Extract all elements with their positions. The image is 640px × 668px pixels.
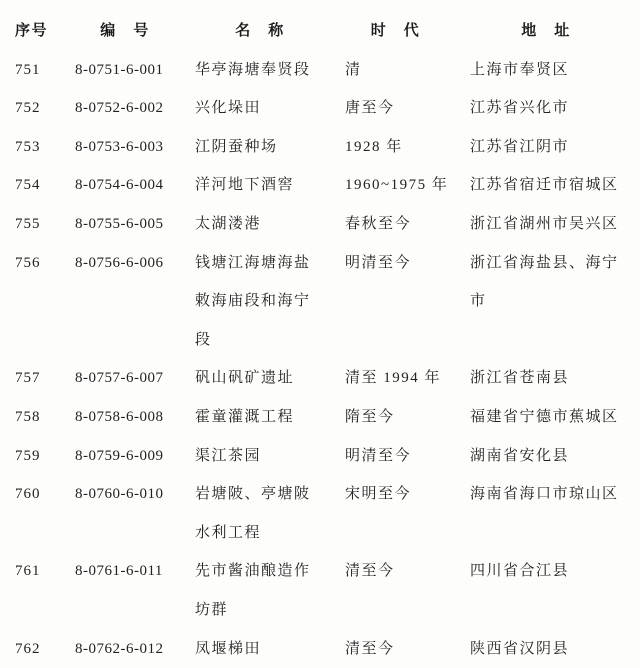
- cell-serial-number: 755: [15, 205, 75, 244]
- table-row: 7528-0752-6-002兴化垛田唐至今江苏省兴化市: [15, 89, 628, 128]
- cell-serial-number: 760: [15, 475, 75, 514]
- table-row: 7568-0756-6-006钱塘江海塘海盐 敕海庙段和海宁 段明清至今浙江省海…: [15, 244, 628, 360]
- cell-name: 钱塘江海塘海盐 敕海庙段和海宁 段: [195, 244, 345, 360]
- cell-address: 上海市奉贤区: [470, 51, 628, 90]
- cell-address: 湖南省安化县: [470, 437, 628, 476]
- cell-code: 8-0759-6-009: [75, 437, 195, 476]
- cell-era: 1928 年: [345, 128, 470, 167]
- header-code: 编 号: [75, 12, 195, 51]
- cell-address: 浙江省苍南县: [470, 359, 628, 398]
- cell-serial-number: 762: [15, 630, 75, 668]
- cell-serial-number: 759: [15, 437, 75, 476]
- table-row: 7558-0755-6-005太湖溇港春秋至今浙江省湖州市吴兴区: [15, 205, 628, 244]
- cell-era: 唐至今: [345, 89, 470, 128]
- cell-era: 明清至今: [345, 437, 470, 476]
- cell-code: 8-0760-6-010: [75, 475, 195, 514]
- table-row: 7608-0760-6-010岩塘陂、亭塘陂 水利工程宋明至今海南省海口市琼山区: [15, 475, 628, 552]
- table-row: 7588-0758-6-008霍童灌溉工程隋至今福建省宁德市蕉城区: [15, 398, 628, 437]
- cell-address: 浙江省海盐县、海宁市: [470, 244, 628, 321]
- table-row: 7548-0754-6-004洋河地下酒窖1960~1975 年江苏省宿迁市宿城…: [15, 166, 628, 205]
- cell-era: 春秋至今: [345, 205, 470, 244]
- cell-name: 江阴蚕种场: [195, 128, 345, 167]
- header-address: 地 址: [470, 12, 628, 51]
- cell-serial-number: 757: [15, 359, 75, 398]
- cell-serial-number: 756: [15, 244, 75, 283]
- cell-code: 8-0756-6-006: [75, 244, 195, 283]
- header-era: 时 代: [345, 12, 470, 51]
- cell-serial-number: 758: [15, 398, 75, 437]
- cell-code: 8-0757-6-007: [75, 359, 195, 398]
- cell-name: 洋河地下酒窖: [195, 166, 345, 205]
- table-row: 7518-0751-6-001华亭海塘奉贤段清上海市奉贤区: [15, 51, 628, 90]
- cell-address: 江苏省江阴市: [470, 128, 628, 167]
- table-row: 7538-0753-6-003江阴蚕种场1928 年江苏省江阴市: [15, 128, 628, 167]
- cell-serial-number: 753: [15, 128, 75, 167]
- cell-address: 浙江省湖州市吴兴区: [470, 205, 628, 244]
- header-serial-number: 序号: [15, 12, 75, 51]
- cell-serial-number: 752: [15, 89, 75, 128]
- cell-serial-number: 761: [15, 552, 75, 591]
- cell-name: 兴化垛田: [195, 89, 345, 128]
- cell-name: 太湖溇港: [195, 205, 345, 244]
- header-name: 名 称: [195, 12, 345, 51]
- cell-era: 清至今: [345, 630, 470, 668]
- cell-code: 8-0753-6-003: [75, 128, 195, 167]
- cell-code: 8-0762-6-012: [75, 630, 195, 668]
- cell-serial-number: 751: [15, 51, 75, 90]
- table-row: 7578-0757-6-007矾山矾矿遗址清至 1994 年浙江省苍南县: [15, 359, 628, 398]
- heritage-sites-table: 序号 编 号 名 称 时 代 地 址 7518-0751-6-001华亭海塘奉贤…: [0, 0, 640, 668]
- cell-address: 海南省海口市琼山区: [470, 475, 628, 514]
- table-body: 7518-0751-6-001华亭海塘奉贤段清上海市奉贤区7528-0752-6…: [15, 51, 628, 668]
- cell-era: 1960~1975 年: [345, 166, 470, 205]
- cell-era: 清至 1994 年: [345, 359, 470, 398]
- cell-era: 隋至今: [345, 398, 470, 437]
- cell-name: 凤堰梯田: [195, 630, 345, 668]
- cell-address: 福建省宁德市蕉城区: [470, 398, 628, 437]
- cell-address: 四川省合江县: [470, 552, 628, 591]
- cell-code: 8-0754-6-004: [75, 166, 195, 205]
- cell-code: 8-0752-6-002: [75, 89, 195, 128]
- cell-code: 8-0751-6-001: [75, 51, 195, 90]
- cell-name: 华亭海塘奉贤段: [195, 51, 345, 90]
- cell-name: 岩塘陂、亭塘陂 水利工程: [195, 475, 345, 552]
- cell-code: 8-0761-6-011: [75, 552, 195, 591]
- cell-era: 清: [345, 51, 470, 90]
- cell-address: 陕西省汉阴县: [470, 630, 628, 668]
- cell-address: 江苏省宿迁市宿城区: [470, 166, 628, 205]
- cell-address: 江苏省兴化市: [470, 89, 628, 128]
- table-header-row: 序号 编 号 名 称 时 代 地 址: [15, 12, 628, 51]
- cell-era: 明清至今: [345, 244, 470, 283]
- cell-serial-number: 754: [15, 166, 75, 205]
- cell-name: 渠江茶园: [195, 437, 345, 476]
- cell-name: 霍童灌溉工程: [195, 398, 345, 437]
- cell-era: 清至今: [345, 552, 470, 591]
- table-row: 7598-0759-6-009渠江茶园明清至今湖南省安化县: [15, 437, 628, 476]
- cell-code: 8-0758-6-008: [75, 398, 195, 437]
- cell-name: 矾山矾矿遗址: [195, 359, 345, 398]
- cell-code: 8-0755-6-005: [75, 205, 195, 244]
- cell-name: 先市酱油酿造作 坊群: [195, 552, 345, 629]
- table-row: 7618-0761-6-011先市酱油酿造作 坊群清至今四川省合江县: [15, 552, 628, 629]
- cell-era: 宋明至今: [345, 475, 470, 514]
- table-row: 7628-0762-6-012凤堰梯田清至今陕西省汉阴县: [15, 630, 628, 668]
